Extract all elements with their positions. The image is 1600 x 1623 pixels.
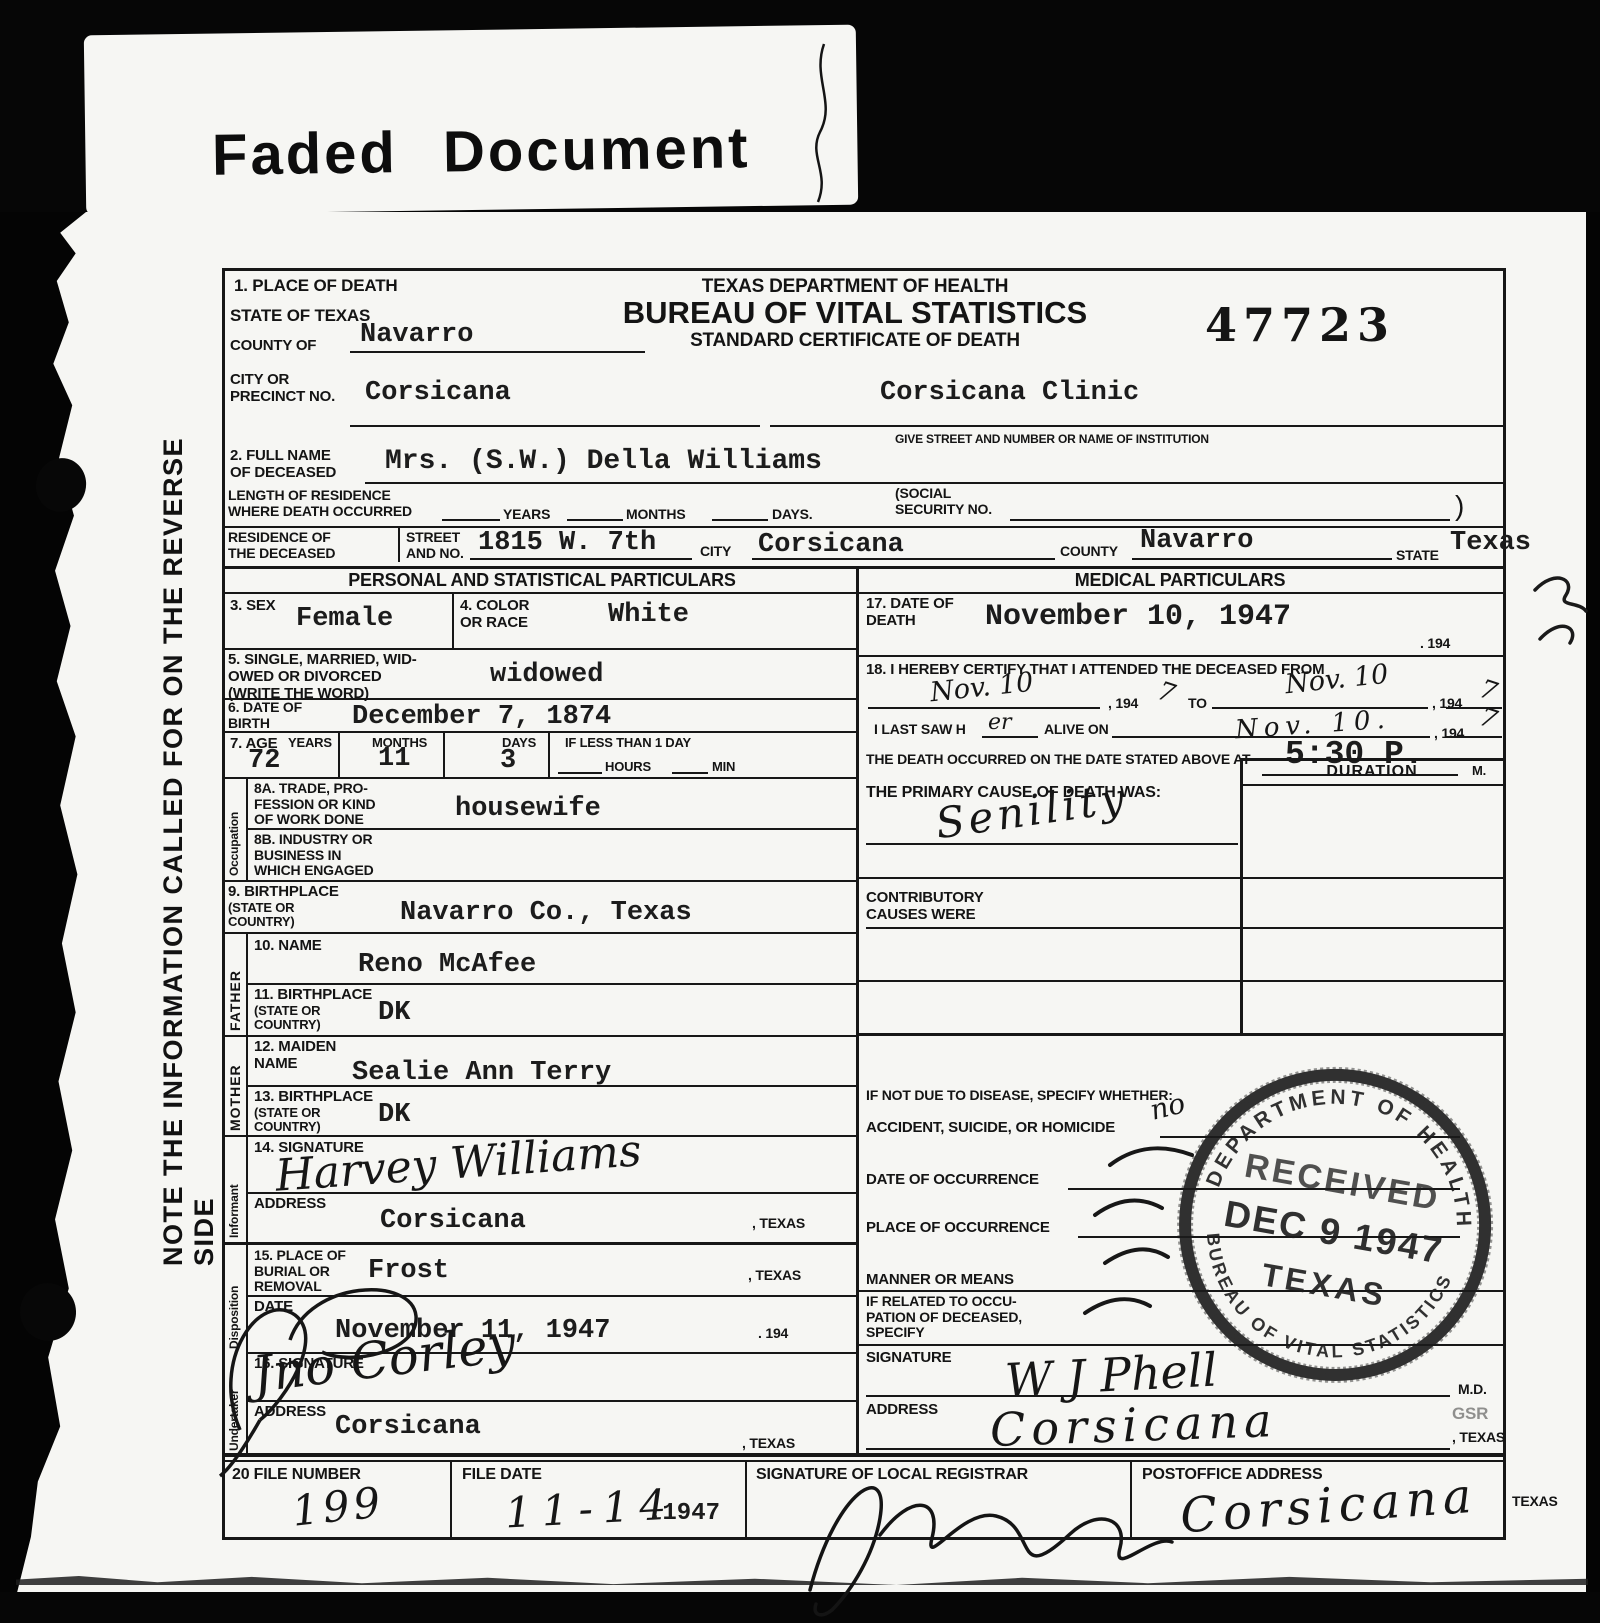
street-label: STREET AND NO. (406, 530, 464, 561)
occupation-group-label: Occupation (228, 778, 241, 876)
color-l2: OR RACE (460, 615, 529, 632)
age-days-value: 3 (500, 746, 516, 776)
city-value: Corsicana (365, 378, 511, 408)
rule-under-industry (222, 880, 858, 882)
full-name-value: Mrs. (S.W.) Della Williams (385, 446, 822, 477)
last-saw-label: I LAST SAW H (874, 722, 966, 738)
city-precinct-l2: PRECINCT NO. (230, 389, 335, 406)
section-band-bottom (222, 592, 1506, 594)
residence-of-l1: RESIDENCE OF (228, 530, 335, 546)
sex-color-divider (452, 594, 454, 648)
min-blank (672, 772, 708, 774)
industry-l1: 8B. INDUSTRY OR (254, 832, 374, 848)
mother-group-label: MOTHER (228, 1037, 244, 1131)
alive-on-label: ALIVE ON (1044, 722, 1109, 738)
informant-addr-value: Corsicana (380, 1206, 526, 1236)
trade-l2: FESSION OR KIND (254, 797, 375, 813)
residence-divider (398, 528, 400, 562)
reverse-side-note: NOTE THE INFORMATION CALLED FOR ON THE R… (158, 432, 220, 1266)
months-blank (567, 519, 623, 521)
institution-hint: GIVE STREET AND NUMBER OR NAME OF INSTIT… (895, 433, 1209, 446)
res-state-label: STATE (1396, 548, 1439, 564)
industry-l2: BUSINESS IN (254, 848, 374, 864)
date-occurrence-label: DATE OF OCCURRENCE (866, 1172, 1039, 1189)
father-group-label: FATHER (228, 933, 244, 1031)
attended-from-blank (868, 707, 1100, 709)
undertaker-addr-value: Corsicana (335, 1412, 481, 1442)
mother-name-value: Sealie Ann Terry (352, 1058, 611, 1088)
informant-addr-label: ADDRESS (254, 1196, 326, 1213)
trade-value: housewife (455, 794, 601, 824)
duration-header-rule (1240, 784, 1503, 786)
res-county-label: COUNTY (1060, 544, 1118, 560)
res-city-value: Corsicana (758, 530, 904, 560)
file-number-value: 199 (290, 1477, 387, 1535)
marital-l2: OWED OR DIVORCED (228, 669, 417, 686)
age-divider-3 (548, 733, 550, 777)
duration-label: DURATION (1243, 763, 1501, 781)
rule-under-marital (222, 698, 858, 700)
place-occurrence-label: PLACE OF OCCURRENCE (866, 1220, 1050, 1237)
full-name-l2: OF DECEASED (230, 465, 336, 482)
rule-under-informant-sig (246, 1192, 858, 1194)
res-city-label: CITY (700, 544, 731, 560)
mother-bp-l2: (STATE OR (254, 1106, 373, 1121)
rule-under-informant-addr (222, 1242, 858, 1245)
age-divider-2 (443, 733, 445, 777)
rule-under-sex (222, 648, 858, 650)
rule-under-age (222, 777, 858, 779)
hours-label: HOURS (605, 760, 651, 775)
color-value: White (608, 600, 689, 630)
rule-under-dod (858, 655, 1503, 657)
trade-label: 8A. TRADE, PRO- FESSION OR KIND OF WORK … (254, 781, 375, 828)
institution-value: Corsicana Clinic (880, 378, 1139, 408)
mother-name-label: 12. MAIDEN NAME (254, 1039, 336, 1073)
attended-from-194: , 194 (1108, 696, 1138, 712)
res-county-value: Navarro (1140, 526, 1253, 556)
scanned-death-certificate: Faded Document NOTE THE INFORMATION CALL… (0, 0, 1600, 1623)
burial-texas: , TEXAS (748, 1268, 801, 1284)
full-name-l1: 2. FULL NAME (230, 448, 336, 465)
father-name-label: 10. NAME (254, 938, 322, 955)
duration-box-top (1240, 758, 1503, 761)
county-of-label: COUNTY OF (230, 338, 316, 355)
section-band-top (222, 566, 1506, 569)
city-precinct-l1: CITY OR (230, 372, 335, 389)
contributory-l2: CAUSES WERE (866, 907, 984, 924)
full-name-label: 2. FULL NAME OF DECEASED (230, 448, 336, 482)
rule-under-birthplace (222, 932, 858, 934)
industry-label: 8B. INDUSTRY OR BUSINESS IN WHICH ENGAGE… (254, 832, 374, 879)
death-occurred-label: THE DEATH OCCURRED ON THE DATE STATED AB… (866, 752, 1250, 768)
dob-l2: BIRTH (228, 716, 302, 732)
file-date-label: FILE DATE (462, 1466, 542, 1484)
res-county-underline (1132, 558, 1392, 560)
physician-addr-label: ADDRESS (866, 1402, 938, 1419)
ssn-close-paren: ) (1455, 490, 1464, 521)
rule-under-dob (222, 731, 858, 733)
undertaker-signature-flourish (200, 1270, 520, 1480)
birthplace-value: Navarro Co., Texas (400, 898, 692, 928)
father-bp-label: 11. BIRTHPLACE (STATE OR COUNTRY) (254, 987, 372, 1033)
ssn-blank (1010, 519, 1450, 521)
bureau-title: BUREAU OF VITAL STATISTICS (555, 296, 1155, 331)
last-saw-194: , 194 (1434, 726, 1464, 742)
trade-l1: 8A. TRADE, PRO- (254, 781, 375, 797)
industry-l3: WHICH ENGAGED (254, 863, 374, 879)
marital-value: widowed (490, 660, 603, 690)
residence-row-top-rule (222, 526, 1506, 528)
to-label: TO (1188, 696, 1207, 712)
state-of-texas-label: STATE OF TEXAS (230, 306, 370, 325)
rule-under-undertaker-sig (246, 1400, 858, 1402)
father-bp-l1: 11. BIRTHPLACE (254, 987, 372, 1004)
residence-of-label: RESIDENCE OF THE DECEASED (228, 530, 335, 561)
dod-194: . 194 (1420, 636, 1450, 652)
dod-value: November 10, 1947 (985, 600, 1291, 634)
if-less-label: IF LESS THAN 1 DAY (565, 736, 691, 751)
rule-under-father-name (246, 983, 858, 985)
age-months-value: 11 (378, 744, 410, 774)
age-divider-1 (338, 733, 340, 777)
cause-rule-4 (858, 980, 1503, 982)
residence-of-l2: THE DECEASED (228, 546, 335, 562)
sex-value: Female (296, 604, 393, 634)
personal-section-title: PERSONAL AND STATISTICAL PARTICULARS (242, 570, 842, 590)
birthplace-l2: (STATE OR (228, 901, 339, 916)
physician-addr-texas: , TEXAS (1452, 1430, 1505, 1446)
burial-date-194: . 194 (758, 1326, 788, 1342)
months-label: MONTHS (626, 507, 685, 523)
county-value: Navarro (360, 320, 473, 350)
county-underline (350, 351, 645, 353)
form-border-right (1503, 268, 1506, 1540)
ssn-l2: SECURITY NO. (895, 502, 992, 518)
burial-l1: 15. PLACE OF (254, 1248, 346, 1264)
street-value: 1815 W. 7th (478, 528, 656, 558)
footer-divider-1 (450, 1460, 452, 1538)
trade-l3: OF WORK DONE (254, 812, 375, 828)
registrar-signature-scribble (740, 1440, 1180, 1620)
full-name-underline (365, 482, 1503, 484)
physician-sig-label: SIGNATURE (866, 1350, 951, 1367)
received-stamp: DEPARTMENT OF HEALTH BUREAU OF VITAL STA… (1136, 1026, 1536, 1426)
years-label: YEARS (503, 507, 550, 523)
rule-under-mother-name (246, 1085, 858, 1087)
scan-right-edge (1586, 212, 1600, 1592)
street-l1: STREET (406, 530, 464, 546)
mother-bp-label: 13. BIRTHPLACE (STATE OR COUNTRY) (254, 1089, 373, 1135)
dob-label: 6. DATE OF BIRTH (228, 700, 302, 731)
length-residence-l2: WHERE DEATH OCCURRED (228, 504, 412, 520)
if-related-l1: IF RELATED TO OCCU- (866, 1294, 1022, 1310)
marital-l1: 5. SINGLE, MARRIED, WID- (228, 652, 417, 669)
mother-name-l2: NAME (254, 1056, 336, 1073)
dod-l2: DEATH (866, 613, 954, 630)
res-state-value: Texas (1450, 528, 1531, 558)
street-underline (470, 558, 692, 560)
father-bp-l3: COUNTRY) (254, 1018, 372, 1033)
attended-to-194: , 194 (1432, 696, 1462, 712)
if-related-l2: PATION OF DECEASED, (866, 1310, 1022, 1326)
street-l2: AND NO. (406, 546, 464, 562)
hours-blank (558, 772, 602, 774)
years-blank (442, 519, 500, 521)
certificate-number: 47723 (1205, 298, 1395, 352)
birthplace-label: 9. BIRTHPLACE (STATE OR COUNTRY) (228, 884, 339, 930)
mother-bp-value: DK (378, 1100, 410, 1130)
informant-strip-line (246, 1135, 248, 1242)
cause-rule-5 (858, 1033, 1503, 1036)
mother-name-l1: 12. MAIDEN (254, 1039, 336, 1056)
file-year-value: .1947 (648, 1500, 720, 1527)
days-blank (712, 519, 768, 521)
last-saw-er: er (988, 710, 1012, 735)
if-related-label: IF RELATED TO OCCU- PATION OF DECEASED, … (866, 1294, 1022, 1341)
dod-label: 17. DATE OF DEATH (866, 596, 954, 630)
informant-group-label: Informant (228, 1136, 241, 1238)
ssn-l1: (SOCIAL (895, 486, 992, 502)
dob-value: December 7, 1874 (352, 702, 611, 732)
medical-section-title: MEDICAL PARTICULARS (866, 570, 1494, 590)
cause-rule-3 (866, 927, 1503, 929)
res-city-underline (752, 558, 1055, 560)
contributory-l1: CONTRIBUTORY (866, 890, 984, 907)
city-underline (350, 425, 760, 427)
birthplace-l3: COUNTRY) (228, 915, 339, 930)
min-label: MIN (712, 760, 735, 775)
city-precinct-label: CITY OR PRECINCT NO. (230, 372, 335, 406)
contributory-label: CONTRIBUTORY CAUSES WERE (866, 890, 984, 924)
mother-bp-l1: 13. BIRTHPLACE (254, 1089, 373, 1106)
last-saw-year-blank (1446, 736, 1502, 738)
mother-bp-l3: COUNTRY) (254, 1120, 373, 1135)
dod-l1: 17. DATE OF (866, 596, 954, 613)
rule-under-trade (246, 828, 858, 830)
color-l1: 4. COLOR (460, 598, 529, 615)
standard-cert-title: STANDARD CERTIFICATE OF DEATH (555, 330, 1155, 351)
father-bp-value: DK (378, 998, 410, 1028)
color-label: 4. COLOR OR RACE (460, 598, 529, 632)
marital-label: 5. SINGLE, MARRIED, WID- OWED OR DIVORCE… (228, 652, 417, 702)
sex-label: 3. SEX (230, 598, 276, 615)
length-residence-label: LENGTH OF RESIDENCE WHERE DEATH OCCURRED (228, 488, 412, 519)
age-years-value: 72 (248, 746, 280, 776)
ssn-label: (SOCIAL SECURITY NO. (895, 486, 992, 517)
birthplace-l1: 9. BIRTHPLACE (228, 884, 339, 901)
father-bp-l2: (STATE OR (254, 1004, 372, 1019)
form-border-top (222, 268, 1506, 271)
postoffice-texas: TEXAS (1512, 1494, 1558, 1510)
if-related-l3: SPECIFY (866, 1325, 1022, 1341)
place-of-death-label: 1. PLACE OF DEATH (234, 276, 397, 295)
stamp-state-text: TEXAS (1259, 1256, 1390, 1313)
father-name-value: Reno McAfee (358, 950, 536, 980)
undertaker-addr-label: ADDRESS (254, 1404, 326, 1421)
informant-addr-texas: , TEXAS (752, 1216, 805, 1232)
paper-crease-mark (790, 40, 850, 212)
days-label: DAYS. (772, 507, 813, 523)
length-residence-l1: LENGTH OF RESIDENCE (228, 488, 412, 504)
rule-under-father-bp (222, 1035, 858, 1037)
age-years-label: YEARS (288, 736, 332, 751)
dob-l1: 6. DATE OF (228, 700, 302, 716)
cause-rule-1 (866, 843, 1238, 845)
manner-label: MANNER OR MEANS (866, 1272, 1014, 1289)
cause-rule-2 (858, 877, 1503, 879)
institution-underline (770, 425, 1503, 427)
margin-scribble (1520, 555, 1595, 670)
duration-divider (1240, 758, 1243, 1035)
faded-document-title: Faded Document (212, 114, 751, 189)
last-saw-er-blank (982, 736, 1038, 738)
